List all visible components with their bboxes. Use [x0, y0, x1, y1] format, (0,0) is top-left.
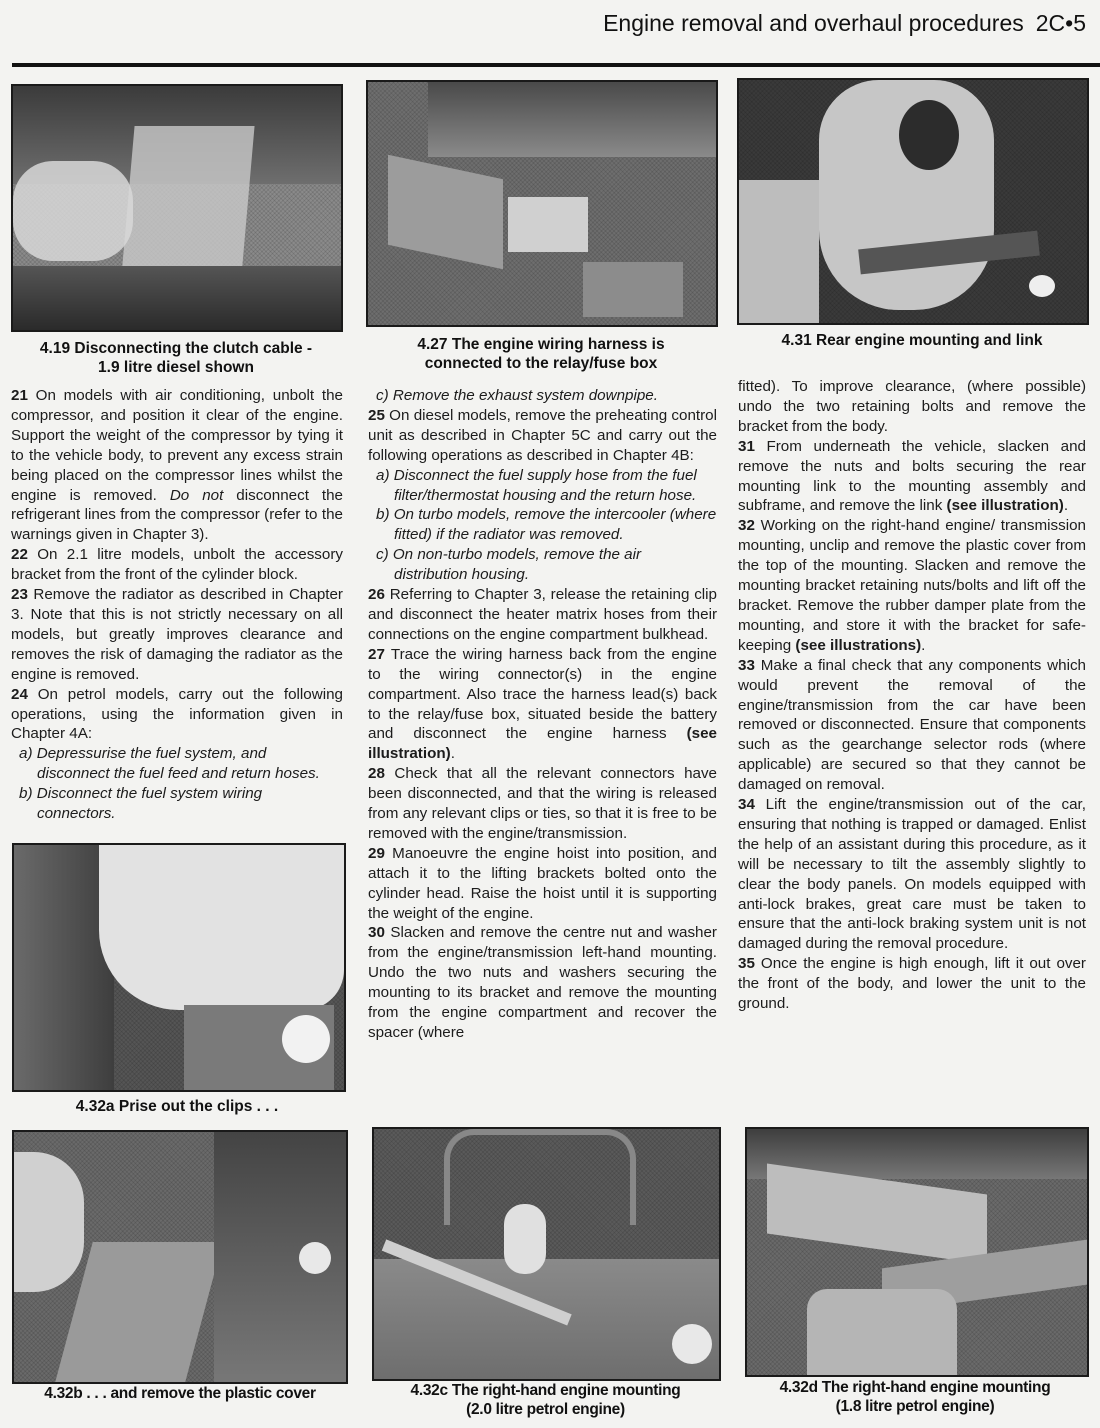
photo-shade — [739, 180, 819, 323]
photo-shade — [282, 1015, 330, 1063]
step-text: Referring to Chapter 3, release the reta… — [368, 586, 717, 643]
photo-shade — [99, 845, 344, 1010]
photo-shade — [55, 1242, 223, 1382]
paragraph-28: 28 Check that all the relevant connector… — [368, 764, 717, 844]
step-text: Lift the engine/transmission out of the … — [738, 796, 1086, 952]
step-number: 32 — [738, 517, 755, 534]
see-illustration-link[interactable]: (see illustration) — [947, 497, 1064, 514]
paragraph-26: 26 Referring to Chapter 3, release the r… — [368, 585, 717, 645]
text-column-1: 21 On models with air conditioning, unbo… — [11, 386, 343, 824]
step-text: Remove the radiator as described in Chap… — [11, 586, 343, 683]
step-text: Check that all the relevant connectors h… — [368, 765, 717, 842]
step-text: Trace the wiring harness back from the e… — [368, 646, 717, 743]
step-number: 21 — [11, 387, 28, 404]
step-number: 31 — [738, 438, 755, 455]
page-header: Engine removal and overhaul procedures2C… — [603, 10, 1086, 37]
photo-4-19 — [11, 84, 343, 332]
photo-shade — [388, 155, 503, 269]
sub-step-25b: b) On turbo models, remove the intercool… — [368, 505, 717, 545]
paragraph-34: 34 Lift the engine/transmission out of t… — [738, 795, 1086, 954]
photo-4-32a — [12, 843, 346, 1092]
text-column-3: fitted). To improve clearance, (where po… — [738, 377, 1086, 1014]
photo-shade — [583, 262, 683, 317]
step-number: 25 — [368, 407, 385, 424]
paragraph-30-continued: fitted). To improve clearance, (where po… — [738, 377, 1086, 437]
caption-line: (1.8 litre petrol engine) — [740, 1397, 1090, 1416]
caption-line: 4.32b . . . and remove the plastic cover — [10, 1384, 350, 1403]
photo-shade — [374, 1259, 719, 1379]
step-text: Working on the right-hand engine/ transm… — [738, 517, 1086, 653]
step-text: Slacken and remove the centre nut and wa… — [368, 924, 717, 1041]
photo-4-27 — [366, 80, 718, 327]
photo-shade — [299, 1242, 331, 1274]
photo-shade — [899, 100, 959, 170]
sub-step-24b: b) Disconnect the fuel system wiring con… — [11, 784, 343, 824]
sub-step-25a: a) Disconnect the fuel supply hose from … — [368, 466, 717, 506]
paragraph-24: 24 On petrol models, carry out the follo… — [11, 685, 343, 745]
photo-shade — [428, 82, 718, 157]
caption-4-32d: 4.32d The right-hand engine mounting (1.… — [740, 1378, 1090, 1416]
caption-4-31: 4.31 Rear engine mounting and link — [737, 331, 1087, 350]
sub-step-25c: c) On non-turbo models, remove the air d… — [368, 545, 717, 585]
page-number: 2C•5 — [1036, 10, 1086, 36]
caption-line: 4.32c The right-hand engine mounting — [368, 1381, 723, 1400]
paragraph-23: 23 Remove the radiator as described in C… — [11, 585, 343, 685]
step-number: 35 — [738, 955, 755, 972]
photo-4-32d — [745, 1127, 1089, 1377]
sub-step-24a: a) Depressurise the fuel system, and dis… — [11, 744, 343, 784]
step-text: . — [451, 745, 455, 762]
step-text: Make a final check that any components w… — [738, 657, 1086, 793]
sub-step-24c: c) Remove the exhaust system downpipe. — [368, 386, 717, 406]
photo-shade — [807, 1289, 957, 1375]
paragraph-22: 22 On 2.1 litre models, unbolt the acces… — [11, 545, 343, 585]
caption-4-32c: 4.32c The right-hand engine mounting (2.… — [368, 1381, 723, 1419]
step-number: 23 — [11, 586, 28, 603]
photo-4-31 — [737, 78, 1089, 325]
photo-shade — [504, 1204, 546, 1274]
caption-line: 4.32d The right-hand engine mounting — [740, 1378, 1090, 1397]
caption-4-32a: 4.32a Prise out the clips . . . — [12, 1097, 342, 1116]
step-number: 33 — [738, 657, 755, 674]
photo-4-32c — [372, 1127, 721, 1381]
text-column-2: c) Remove the exhaust system downpipe. 2… — [368, 386, 717, 1043]
step-text: . — [921, 637, 925, 654]
caption-line: 4.31 Rear engine mounting and link — [737, 331, 1087, 350]
caption-4-19: 4.19 Disconnecting the clutch cable - 1.… — [11, 339, 341, 377]
caption-line: 1.9 litre diesel shown — [11, 358, 341, 377]
step-text: . — [1064, 497, 1068, 514]
step-number: 34 — [738, 796, 755, 813]
paragraph-29: 29 Manoeuvre the engine hoist into posit… — [368, 844, 717, 924]
step-text: On diesel models, remove the preheating … — [368, 407, 717, 464]
paragraph-25: 25 On diesel models, remove the preheati… — [368, 406, 717, 466]
step-number: 24 — [11, 686, 28, 703]
photo-shade — [508, 197, 588, 252]
step-number: 28 — [368, 765, 385, 782]
paragraph-32: 32 Working on the right-hand engine/ tra… — [738, 516, 1086, 655]
step-emphasis: Do not — [170, 487, 224, 504]
step-text: On petrol models, carry out the followin… — [11, 686, 343, 743]
photo-shade — [672, 1324, 712, 1364]
paragraph-33: 33 Make a final check that any component… — [738, 656, 1086, 795]
caption-4-32b: 4.32b . . . and remove the plastic cover — [10, 1384, 350, 1403]
chapter-title: Engine removal and overhaul procedures — [603, 10, 1024, 36]
photo-shade — [14, 1152, 84, 1292]
caption-line: 4.27 The engine wiring harness is — [366, 335, 716, 354]
photo-shade — [121, 126, 254, 276]
caption-line: connected to the relay/fuse box — [366, 354, 716, 373]
photo-shade — [13, 266, 341, 330]
step-text: Manoeuvre the engine hoist into position… — [368, 845, 717, 922]
caption-line: (2.0 litre petrol engine) — [368, 1400, 723, 1419]
photo-shade — [1029, 275, 1055, 297]
paragraph-35: 35 Once the engine is high enough, lift … — [738, 954, 1086, 1014]
header-rule — [12, 63, 1100, 67]
photo-shade — [13, 161, 133, 261]
paragraph-21: 21 On models with air conditioning, unbo… — [11, 386, 343, 545]
photo-4-32b — [12, 1130, 348, 1384]
paragraph-31: 31 From underneath the vehicle, slacken … — [738, 437, 1086, 517]
caption-line: 4.32a Prise out the clips . . . — [12, 1097, 342, 1116]
caption-line: 4.19 Disconnecting the clutch cable - — [11, 339, 341, 358]
step-number: 26 — [368, 586, 385, 603]
step-number: 22 — [11, 546, 28, 563]
step-text: Once the engine is high enough, lift it … — [738, 955, 1086, 1012]
paragraph-30: 30 Slacken and remove the centre nut and… — [368, 923, 717, 1042]
step-number: 30 — [368, 924, 385, 941]
step-number: 29 — [368, 845, 385, 862]
see-illustrations-link[interactable]: (see illustrations) — [795, 637, 921, 654]
paragraph-27: 27 Trace the wiring harness back from th… — [368, 645, 717, 764]
step-number: 27 — [368, 646, 385, 663]
step-text: On 2.1 litre models, unbolt the accessor… — [11, 546, 343, 583]
caption-4-27: 4.27 The engine wiring harness is connec… — [366, 335, 716, 373]
